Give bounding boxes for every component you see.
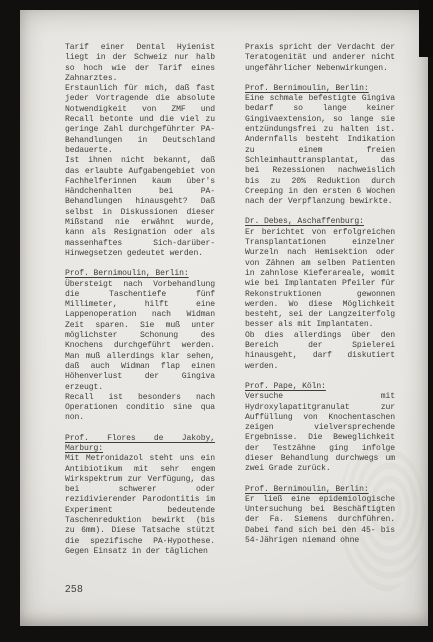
page-number: 258 xyxy=(65,584,83,595)
scanned-photo: Tarif einer Dental Hyienist liegt in der… xyxy=(0,0,433,642)
paragraph: Ob dies allerdings über den Bereich der … xyxy=(245,331,395,372)
paragraph: Er berichtet von erfolgreichen Transplan… xyxy=(245,228,395,331)
paragraph: Übersteigt nach Vorbehandlung die Tasche… xyxy=(65,280,215,393)
speaker-heading: Prof. Flores de Jakoby, Marburg: xyxy=(65,434,215,455)
scan-border-corner xyxy=(419,0,433,57)
text-column-left: Tarif einer Dental Hyienist liegt in der… xyxy=(65,43,215,557)
paragraph: Erstaunlich für mich, daß fast jeder Vor… xyxy=(65,84,215,156)
speaker-heading: Prof. Bernimoulin, Berlin: xyxy=(65,269,215,279)
paragraph: Versuche mit Hydroxylapatitgranulat zur … xyxy=(245,392,395,474)
document-page: Tarif einer Dental Hyienist liegt in der… xyxy=(20,10,428,626)
paragraph: Er ließ eine epidemiologische Untersuchu… xyxy=(245,495,395,546)
paragraph: Eine schmale befestigte Gingiva bedarf s… xyxy=(245,94,395,207)
paragraph: Recall ist besonders nach Operationen co… xyxy=(65,393,215,424)
paragraph: Mit Metronidazol steht uns ein Antibioti… xyxy=(65,454,215,557)
paragraph: Ist ihnen nicht bekannt, daß das erlaubt… xyxy=(65,156,215,259)
text-column-right: Praxis spricht der Verdacht der Teratoge… xyxy=(245,43,395,557)
speaker-heading: Prof. Bernimoulin, Berlin: xyxy=(245,485,395,495)
paragraph: Tarif einer Dental Hyienist liegt in der… xyxy=(65,43,215,84)
speaker-heading: Prof. Bernimoulin, Berlin: xyxy=(245,84,395,94)
page-content: Tarif einer Dental Hyienist liegt in der… xyxy=(65,43,417,557)
paragraph: Praxis spricht der Verdacht der Teratoge… xyxy=(245,43,395,74)
speaker-heading: Prof. Pape, Köln: xyxy=(245,382,395,392)
speaker-heading: Dr. Debes, Aschaffenburg: xyxy=(245,217,395,227)
